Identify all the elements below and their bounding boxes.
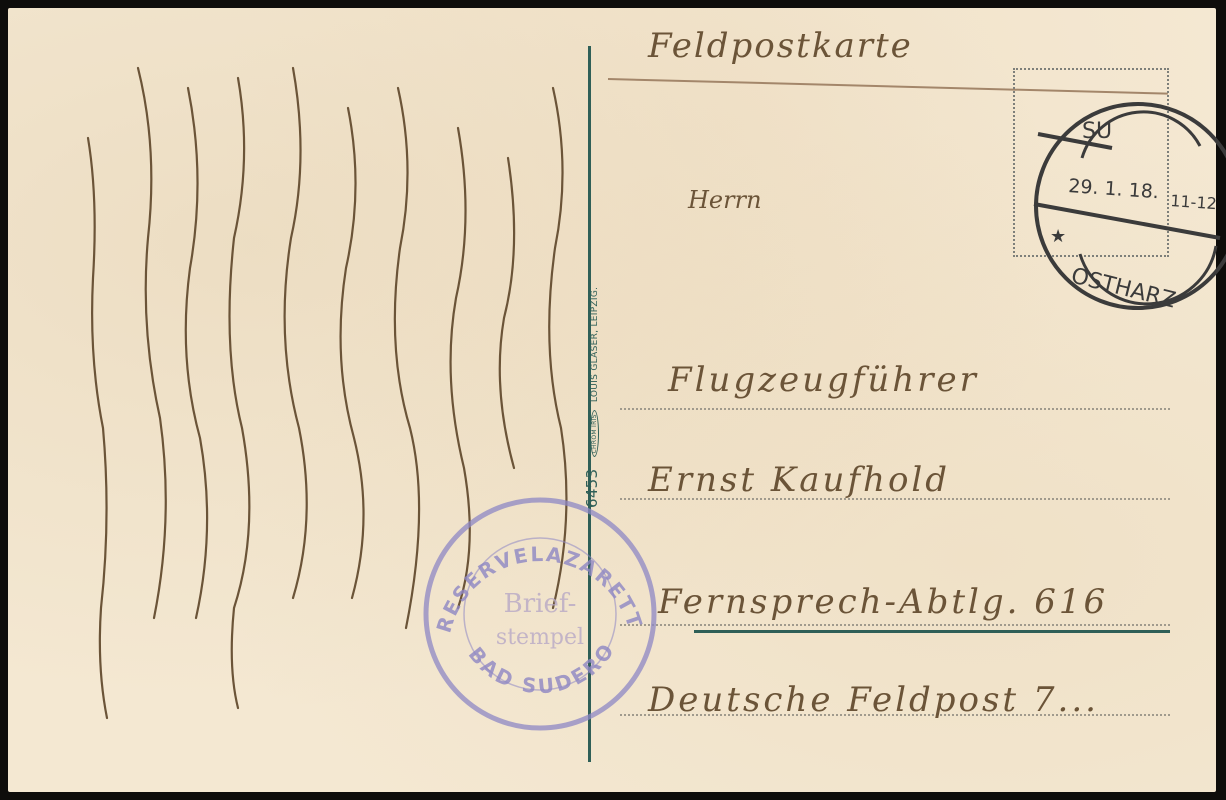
address-line-1 (620, 408, 1170, 410)
header-handwriting: Feldpostkarte (648, 26, 913, 66)
postmark: SU 29. 1. 18. 11-12 ★ OSTHARZ (1020, 66, 1226, 316)
stamp-center-line2: stempel (496, 625, 584, 650)
greeting-handwriting: Herrn (688, 186, 762, 214)
postmark-code: SU (1082, 119, 1112, 144)
stamp-center-line1: Brief- (504, 589, 577, 619)
publisher-name: LOUIS GLASER, LEIPZIG. (590, 287, 600, 402)
address-line-solid (694, 630, 1170, 633)
postmark-date: 29. 1. 18. (1068, 175, 1160, 203)
star-icon: ★ (1050, 226, 1066, 247)
chrom-iris-logo-icon: CHROM IRIS (590, 410, 599, 457)
hospital-stamp: RESERVELAZARETT BAD SUDERODE Brief- stem… (416, 494, 664, 734)
printer-imprint: 6453 CHROM IRIS LOUIS GLASER, LEIPZIG. (583, 287, 601, 508)
address-handwriting-3: Fernsprech-Abtlg. 616 (658, 582, 1108, 622)
address-handwriting-1: Flugzeugführer (668, 360, 979, 400)
address-handwriting-4: Deutsche Feldpost 7... (648, 680, 1099, 720)
address-handwriting-2: Ernst Kaufhold (648, 460, 950, 500)
postcard: 6453 CHROM IRIS LOUIS GLASER, LEIPZIG. F… (8, 8, 1216, 792)
postmark-time: 11-12 (1170, 191, 1218, 213)
address-line-3 (620, 624, 1170, 626)
